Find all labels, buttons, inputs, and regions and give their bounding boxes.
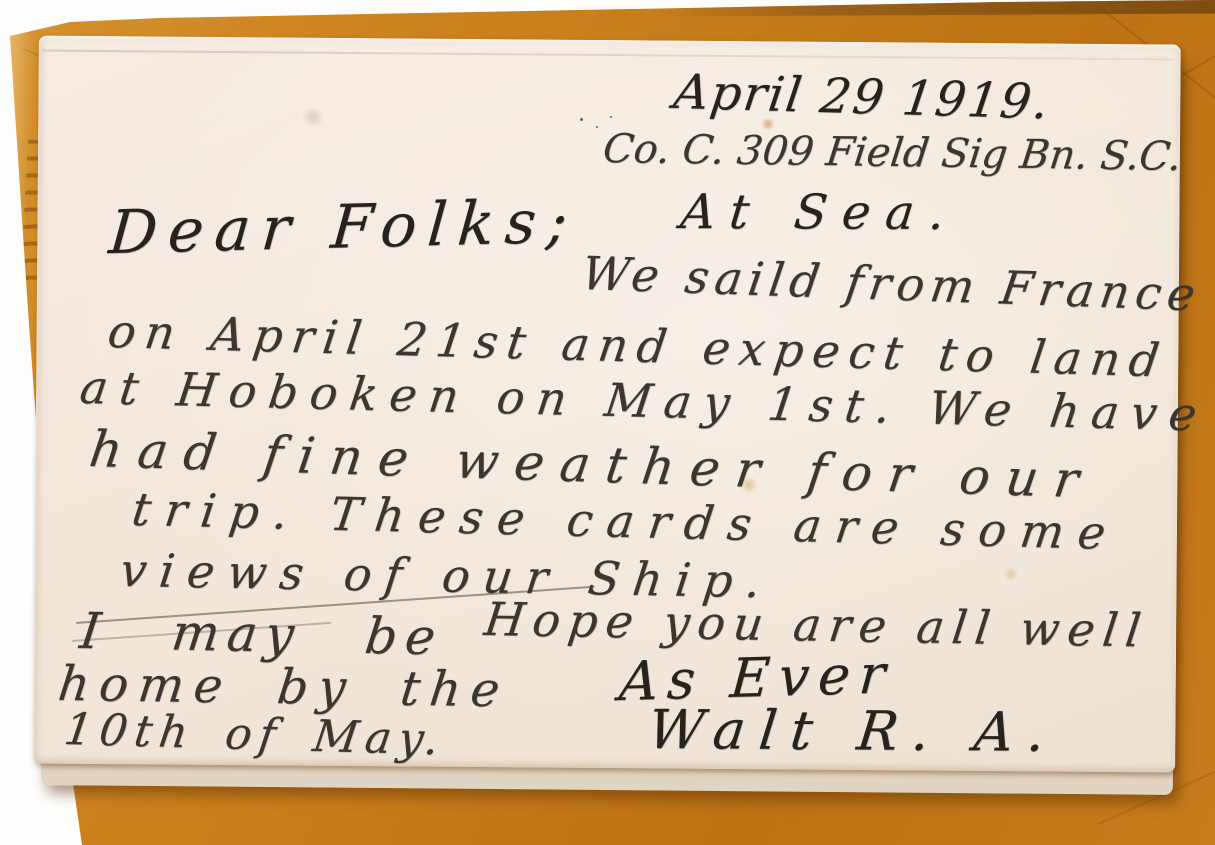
envelope-top-shadow-band bbox=[656, 0, 1215, 16]
salutation-line: Dear Folks; bbox=[106, 187, 581, 269]
location-line: At Sea. bbox=[678, 184, 963, 241]
card-bevel-edge bbox=[43, 50, 1174, 61]
envelope-edge-highlight bbox=[0, 30, 36, 811]
unit-line: Co. C. 309 Field Sig Bn. S.C. bbox=[601, 126, 1185, 180]
date-line: April 29 1919. bbox=[671, 64, 1054, 130]
postscript-line-3: 10th of May. bbox=[61, 704, 449, 765]
ink-speck bbox=[596, 126, 598, 128]
ink-speck bbox=[580, 118, 583, 121]
ink-speck bbox=[610, 116, 612, 118]
signature-line: Walt R. A. bbox=[645, 698, 1062, 764]
scanned-postcard: April 29 1919. Co. C. 309 Field Sig Bn. … bbox=[0, 0, 1215, 845]
